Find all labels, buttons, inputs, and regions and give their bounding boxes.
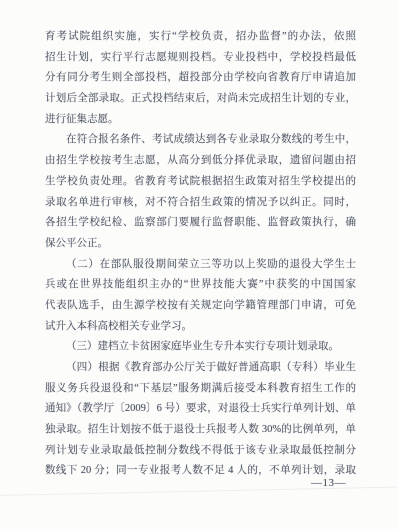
- text-line: 分有同分考生则全部投档，超投部分由学校向省教育厅申请追加: [45, 68, 356, 89]
- text-line: （四）根据《教育部办公厅关于做好普通高职（专科）毕业生: [45, 358, 356, 379]
- text-line: （二）在部队服役期间荣立三等功以上奖励的退役大学生士: [45, 255, 356, 276]
- document-body: 育考试院组织实施，实行“学校负责，招办监督”的办法，依照 招生计划，实行平行志愿…: [45, 27, 356, 482]
- text-line: 通知》（教学厅〔2009〕6 号）要求，对退役士兵实行单列计划、单: [45, 399, 356, 420]
- text-line: 列计划专业录取最低控制分数线不得低于该专业录取最低控制分: [45, 441, 356, 462]
- text-line: 计划后全部录取。正式投档结束后，对尚未完成招生计划的专业，: [45, 89, 356, 110]
- text-line: （三）建档立卡贫困家庭毕业生专升本实行专项计划录取。: [45, 337, 356, 358]
- text-line: 进行征集志愿。: [45, 110, 356, 131]
- text-line: 兵或在世界技能组织主办的“世界技能大赛”中获奖的中国国家: [45, 275, 356, 296]
- text-line: 录取名单进行审核，对不符合招生政策的情况予以纠正。同时，: [45, 193, 356, 214]
- text-line: 招生计划，实行平行志愿规则投档。专业投档中，学校投档最低: [45, 48, 356, 69]
- text-line: 独录取。招生计划按不低于退役士兵报考人数 30%的比例单列，单: [45, 420, 356, 441]
- text-line: 育考试院组织实施，实行“学校负责，招办监督”的办法，依照: [45, 27, 356, 48]
- text-line: 代表队选手，由生源学校按有关规定向学籍管理部门申请，可免: [45, 296, 356, 317]
- text-line: 保公平公正。: [45, 234, 356, 255]
- text-line: 在符合报名条件、考试成绩达到各专业录取分数线的考生中，: [45, 130, 356, 151]
- text-line: 由招生学校按考生志愿，从高分到低分择优录取，遗留问题由招: [45, 151, 356, 172]
- document-page: 育考试院组织实施，实行“学校负责，招办监督”的办法，依照 招生计划，实行平行志愿…: [0, 0, 398, 529]
- text-line: 试升入本科高校相关专业学习。: [45, 317, 356, 338]
- text-line: 各招生学校纪检、监察部门要履行监督职能、监督政策执行，确: [45, 213, 356, 234]
- text-line: 生学校负责处理。省教育考试院根据招生政策对招生学校提出的: [45, 172, 356, 193]
- text-line: 数线下 20 分；同一专业报考人数不足 4 人的，不单列计划，录取: [45, 461, 356, 482]
- scan-artifact-line: [0, 486, 398, 496]
- text-line: 服义务兵役退役和“下基层”服务期满后接受本科教育招生工作的: [45, 379, 356, 400]
